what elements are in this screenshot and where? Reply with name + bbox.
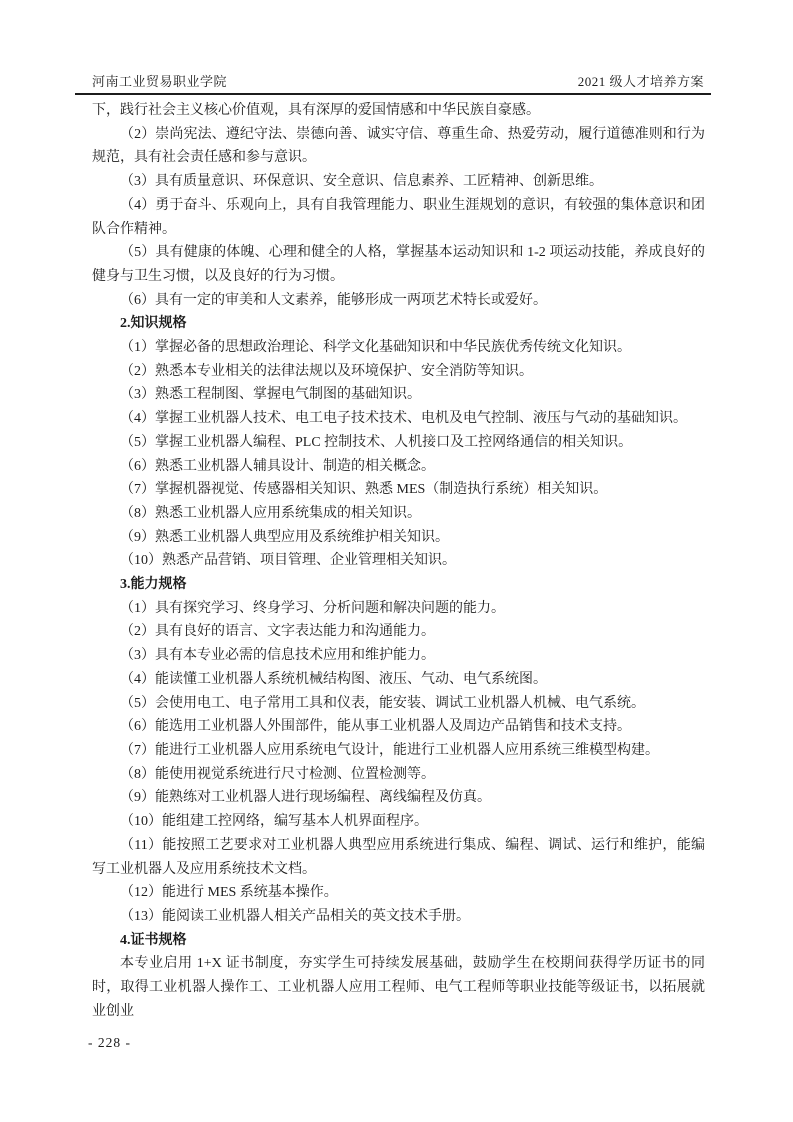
- body-paragraph: （7）掌握机器视觉、传感器相关知识、熟悉 MES（制造执行系统）相关知识。: [92, 478, 705, 502]
- body-paragraph: （6）具有一定的审美和人文素养，能够形成一两项艺术特长或爱好。: [92, 289, 705, 313]
- body-paragraph: （13）能阅读工业机器人相关产品相关的英文技术手册。: [92, 905, 705, 929]
- body-paragraph: （5）具有健康的体魄、心理和健全的人格，掌握基本运动知识和 1-2 项运动技能，…: [92, 241, 705, 288]
- body-paragraph: （3）具有质量意识、环保意识、安全意识、信息素养、工匠精神、创新思维。: [92, 170, 705, 194]
- body-paragraph: （4）勇于奋斗、乐观向上，具有自我管理能力、职业生涯规划的意识，有较强的集体意识…: [92, 194, 705, 241]
- page-number: - 228 -: [88, 1035, 131, 1050]
- document-page: 河南工业贸易职业学院 2021 级人才培养方案 下，践行社会主义核心价值观，具有…: [0, 0, 793, 1122]
- body-paragraph: （1）具有探究学习、终身学习、分析问题和解决问题的能力。: [92, 597, 705, 621]
- body-paragraph: （5）会使用电工、电子常用工具和仪表，能安装、调试工业机器人机械、电气系统。: [92, 692, 705, 716]
- body-paragraph: （5）掌握工业机器人编程、PLC 控制技术、人机接口及工控网络通信的相关知识。: [92, 431, 705, 455]
- section-heading: 4.证书规格: [92, 929, 705, 953]
- body-paragraph: （10）能组建工控网络，编写基本人机界面程序。: [92, 810, 705, 834]
- body-paragraph: 本专业启用 1+X 证书制度，夯实学生可持续发展基础，鼓励学生在校期间获得学历证…: [92, 952, 705, 1023]
- page-footer: - 228 -: [88, 1035, 131, 1051]
- body-paragraph: （2）具有良好的语言、文字表达能力和沟通能力。: [92, 620, 705, 644]
- body-paragraph: （9）熟悉工业机器人典型应用及系统维护相关知识。: [92, 526, 705, 550]
- header-rule: [75, 93, 711, 95]
- body-paragraph: （3）具有本专业必需的信息技术应用和维护能力。: [92, 644, 705, 668]
- body-paragraph: （7）能进行工业机器人应用系统电气设计，能进行工业机器人应用系统三维模型构建。: [92, 739, 705, 763]
- body-paragraph: （11）能按照工艺要求对工业机器人典型应用系统进行集成、编程、调试、运行和维护，…: [92, 834, 705, 881]
- body-paragraph: （2）熟悉本专业相关的法律法规以及环境保护、安全消防等知识。: [92, 360, 705, 384]
- body-paragraph: （10）熟悉产品营销、项目管理、企业管理相关知识。: [92, 549, 705, 573]
- body-paragraph: （6）能选用工业机器人外围部件，能从事工业机器人及周边产品销售和技术支持。: [92, 715, 705, 739]
- body-paragraph: （12）能进行 MES 系统基本操作。: [92, 881, 705, 905]
- body-paragraph: （8）熟悉工业机器人应用系统集成的相关知识。: [92, 502, 705, 526]
- header-school-name: 河南工业贸易职业学院: [92, 74, 227, 90]
- body-paragraph: （1）掌握必备的思想政治理论、科学文化基础知识和中华民族优秀传统文化知识。: [92, 336, 705, 360]
- header-plan-title: 2021 级人才培养方案: [578, 74, 704, 90]
- body-paragraph: 下，践行社会主义核心价值观，具有深厚的爱国情感和中华民族自豪感。: [92, 99, 705, 123]
- document-body: 下，践行社会主义核心价值观，具有深厚的爱国情感和中华民族自豪感。（2）崇尚宪法、…: [92, 99, 705, 1023]
- body-paragraph: （3）熟悉工程制图、掌握电气制图的基础知识。: [92, 383, 705, 407]
- body-paragraph: （9）能熟练对工业机器人进行现场编程、离线编程及仿真。: [92, 786, 705, 810]
- body-paragraph: （4）掌握工业机器人技术、电工电子技术技术、电机及电气控制、液压与气动的基础知识…: [92, 407, 705, 431]
- section-heading: 2.知识规格: [92, 312, 705, 336]
- body-paragraph: （6）熟悉工业机器人辅具设计、制造的相关概念。: [92, 455, 705, 479]
- body-paragraph: （4）能读懂工业机器人系统机械结构图、液压、气动、电气系统图。: [92, 668, 705, 692]
- body-paragraph: （2）崇尚宪法、遵纪守法、崇德向善、诚实守信、尊重生命、热爱劳动，履行道德准则和…: [92, 123, 705, 170]
- body-paragraph: （8）能使用视觉系统进行尺寸检测、位置检测等。: [92, 763, 705, 787]
- page-header: 河南工业贸易职业学院 2021 级人才培养方案: [92, 74, 704, 90]
- section-heading: 3.能力规格: [92, 573, 705, 597]
